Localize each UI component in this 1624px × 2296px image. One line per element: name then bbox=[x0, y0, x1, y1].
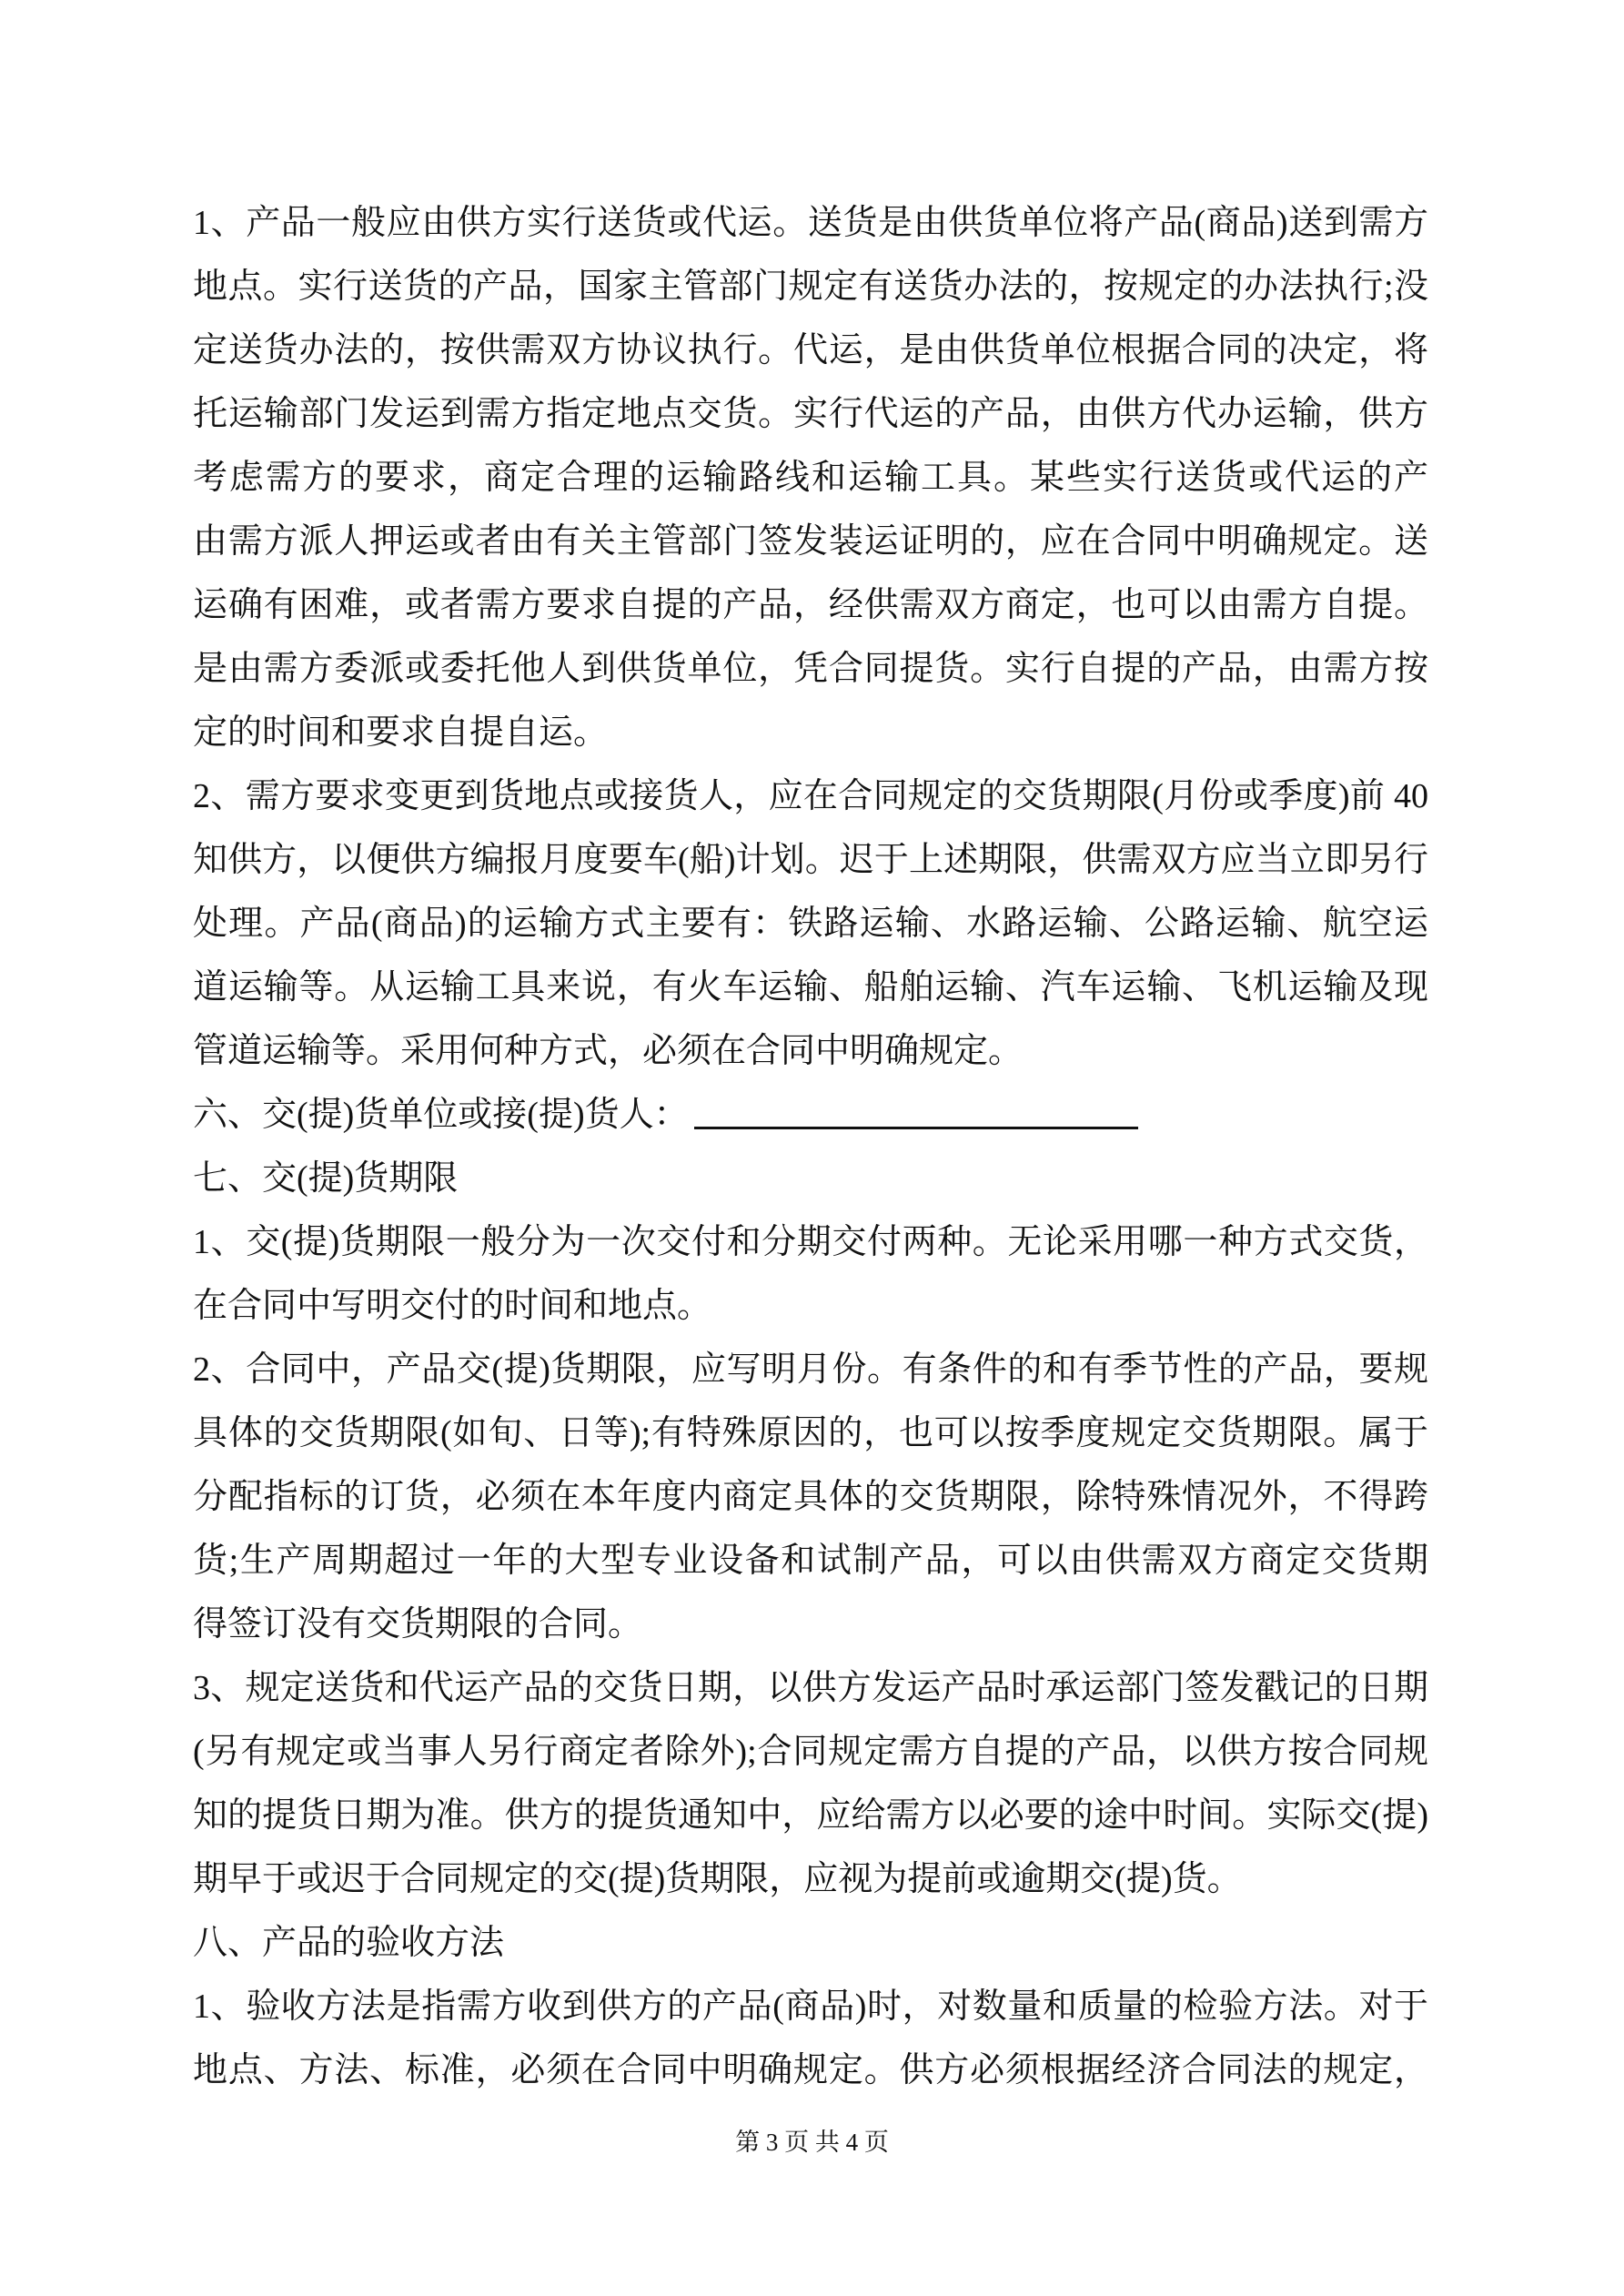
body-text-line: 1、交(提)货期限一般分为一次交付和分期交付两种。无论采用哪一种方式交货，必须 bbox=[193, 1210, 1428, 1274]
body-text-line: 在合同中写明交付的时间和地点。 bbox=[193, 1274, 1428, 1338]
text-line-content: 得签订没有交货期限的合同。 bbox=[193, 1605, 642, 1644]
text-line-content: 是由需方委派或委托他人到供货单位，凭合同提货。实行自提的产品，由需方按合同规 bbox=[193, 650, 1428, 701]
contract-body-text: 1、产品一般应由供方实行送货或代运。送货是由供货单位将产品(商品)送到需方指定地… bbox=[193, 191, 1428, 2102]
body-text-line: 是由需方委派或委托他人到供货单位，凭合同提货。实行自提的产品，由需方按合同规 bbox=[193, 637, 1428, 701]
body-text-line: 知供方，以便供方编报月度要车(船)计划。迟于上述期限，供需双方应当立即另行协商 bbox=[193, 828, 1428, 892]
text-line-content: 地点、方法、标准，必须在合同中明确规定。供方必须根据经济合同法的规定，对产品 bbox=[193, 2051, 1428, 2102]
text-line-content: 1、验收方法是指需方收到供方的产品(商品)时，对数量和质量的检验方法。对于验收 bbox=[193, 1988, 1428, 2038]
text-line-content: 处理。产品(商品)的运输方式主要有：铁路运输、水路运输、公路运输、航空运输、管 bbox=[193, 905, 1428, 956]
body-text-line: 期早于或迟于合同规定的交(提)货期限，应视为提前或逾期交(提)货。 bbox=[193, 1847, 1428, 1911]
text-line-content: 考虑需方的要求，商定合理的运输路线和运输工具。某些实行送货或代运的产品，必须 bbox=[193, 459, 1428, 510]
text-line-content: 分配指标的订货，必须在本年度内商定具体的交货期限，除特殊情况外，不得跨年度供 bbox=[193, 1478, 1428, 1529]
section-eight-heading: 八、产品的验收方法 bbox=[193, 1911, 1428, 1975]
body-text-line: 1、产品一般应由供方实行送货或代运。送货是由供货单位将产品(商品)送到需方指定 bbox=[193, 191, 1428, 255]
text-line-content: 管道运输等。采用何种方式，必须在合同中明确规定。 bbox=[193, 1032, 1023, 1070]
text-line-content: 托运输部门发运到需方指定地点交货。实行代运的产品，由供方代办运输，供方应充分 bbox=[193, 395, 1428, 446]
body-text-line: 管道运输等。采用何种方式，必须在合同中明确规定。 bbox=[193, 1019, 1428, 1083]
text-line-content: 3、规定送货和代运产品的交货日期，以供方发运产品时承运部门签发戳记的日期为准 bbox=[193, 1669, 1428, 1720]
body-text-line: 得签订没有交货期限的合同。 bbox=[193, 1593, 1428, 1656]
text-line-content: 货;生产周期超过一年的大型专业设备和试制产品，可以由供需双方商定交货期限。不 bbox=[193, 1542, 1428, 1593]
body-text-line: 考虑需方的要求，商定合理的运输路线和运输工具。某些实行送货或代运的产品，必须 bbox=[193, 446, 1428, 510]
section-seven-heading: 七、交(提)货期限 bbox=[193, 1147, 1428, 1210]
body-text-line: (另有规定或当事人另行商定者除外);合同规定需方自提的产品，以供方按合同规定通 bbox=[193, 1720, 1428, 1784]
body-text-line: 货;生产周期超过一年的大型专业设备和试制产品，可以由供需双方商定交货期限。不 bbox=[193, 1529, 1428, 1593]
body-text-line: 地点、方法、标准，必须在合同中明确规定。供方必须根据经济合同法的规定，对产品 bbox=[193, 2038, 1428, 2102]
body-text-line: 具体的交货期限(如旬、日等);有特殊原因的，也可以按季度规定交货期限。属于年度 bbox=[193, 1401, 1428, 1465]
text-line-content: 运确有困难，或者需方要求自提的产品，经供需双方商定，也可以由需方自提。自提， bbox=[193, 586, 1428, 637]
body-text-line: 处理。产品(商品)的运输方式主要有：铁路运输、水路运输、公路运输、航空运输、管 bbox=[193, 892, 1428, 956]
page-number-label: 第 3 页 共 4 页 bbox=[735, 2129, 889, 2156]
body-text-line: 地点。实行送货的产品，国家主管部门规定有送货办法的，按规定的办法执行;没有规 bbox=[193, 255, 1428, 319]
text-line-content: 具体的交货期限(如旬、日等);有特殊原因的，也可以按季度规定交货期限。属于年度 bbox=[193, 1414, 1428, 1465]
body-text-line: 3、规定送货和代运产品的交货日期，以供方发运产品时承运部门签发戳记的日期为准 bbox=[193, 1656, 1428, 1720]
delivery-unit-blank-line: 六、交(提)货单位或接(提)货人： bbox=[193, 1083, 1428, 1147]
body-text-line: 分配指标的订货，必须在本年度内商定具体的交货期限，除特殊情况外，不得跨年度供 bbox=[193, 1465, 1428, 1529]
fill-in-blank-underline bbox=[694, 1096, 1138, 1129]
text-line-content: 知的提货日期为准。供方的提货通知中，应给需方以必要的途中时间。实际交(提)货日 bbox=[193, 1796, 1428, 1847]
text-line-content: 1、产品一般应由供方实行送货或代运。送货是由供货单位将产品(商品)送到需方指定 bbox=[193, 204, 1428, 255]
body-text-line: 2、合同中，产品交(提)货期限，应写明月份。有条件的和有季节性的产品，要规定更 bbox=[193, 1338, 1428, 1401]
body-text-line: 定的时间和要求自提自运。 bbox=[193, 701, 1428, 764]
text-line-content: 期早于或迟于合同规定的交(提)货期限，应视为提前或逾期交(提)货。 bbox=[193, 1860, 1242, 1898]
body-text-line: 运确有困难，或者需方要求自提的产品，经供需双方商定，也可以由需方自提。自提， bbox=[193, 573, 1428, 637]
body-text-line: 知的提货日期为准。供方的提货通知中，应给需方以必要的途中时间。实际交(提)货日 bbox=[193, 1784, 1428, 1847]
page-footer: 第 3 页 共 4 页 bbox=[0, 2124, 1624, 2160]
text-line-content: 道运输等。从运输工具来说，有火车运输、船舶运输、汽车运输、飞机运输及现代化的 bbox=[193, 968, 1428, 1019]
text-line-content: 定送货办法的，按供需双方协议执行。代运，是由供货单位根据合同的决定，将产品委 bbox=[193, 331, 1428, 382]
text-line-content: 1、交(提)货期限一般分为一次交付和分期交付两种。无论采用哪一种方式交货，必须 bbox=[193, 1223, 1428, 1274]
text-line-content: 地点。实行送货的产品，国家主管部门规定有送货办法的，按规定的办法执行;没有规 bbox=[193, 268, 1428, 319]
text-line-content: 由需方派人押运或者由有关主管部门签发装运证明的，应在合同中明确规定。送货、代 bbox=[193, 522, 1428, 573]
body-text-line: 道运输等。从运输工具来说，有火车运输、船舶运输、汽车运输、飞机运输及现代化的 bbox=[193, 956, 1428, 1019]
body-text-line: 2、需方要求变更到货地点或接货人，应在合同规定的交货期限(月份或季度)前 40 … bbox=[193, 764, 1428, 828]
text-line-content: 知供方，以便供方编报月度要车(船)计划。迟于上述期限，供需双方应当立即另行协商 bbox=[193, 841, 1428, 892]
body-text-line: 1、验收方法是指需方收到供方的产品(商品)时，对数量和质量的检验方法。对于验收 bbox=[193, 1975, 1428, 2038]
text-line-content: 2、合同中，产品交(提)货期限，应写明月份。有条件的和有季节性的产品，要规定更 bbox=[193, 1350, 1428, 1401]
text-line-content: 八、产品的验收方法 bbox=[193, 1924, 504, 1962]
contract-document-page: 1、产品一般应由供方实行送货或代运。送货是由供货单位将产品(商品)送到需方指定地… bbox=[0, 0, 1624, 2296]
text-line-content: (另有规定或当事人另行商定者除外);合同规定需方自提的产品，以供方按合同规定通 bbox=[193, 1733, 1428, 1784]
body-text-line: 托运输部门发运到需方指定地点交货。实行代运的产品，由供方代办运输，供方应充分 bbox=[193, 382, 1428, 446]
text-line-content: 2、需方要求变更到货地点或接货人，应在合同规定的交货期限(月份或季度)前 40 … bbox=[193, 777, 1428, 828]
text-line-content: 七、交(提)货期限 bbox=[193, 1159, 458, 1198]
text-line-content: 定的时间和要求自提自运。 bbox=[193, 713, 608, 752]
body-text-line: 由需方派人押运或者由有关主管部门签发装运证明的，应在合同中明确规定。送货、代 bbox=[193, 510, 1428, 573]
text-line-content: 六、交(提)货单位或接(提)货人： bbox=[193, 1096, 689, 1134]
text-line-content: 在合同中写明交付的时间和地点。 bbox=[193, 1287, 711, 1325]
body-text-line: 定送货办法的，按供需双方协议执行。代运，是由供货单位根据合同的决定，将产品委 bbox=[193, 319, 1428, 382]
